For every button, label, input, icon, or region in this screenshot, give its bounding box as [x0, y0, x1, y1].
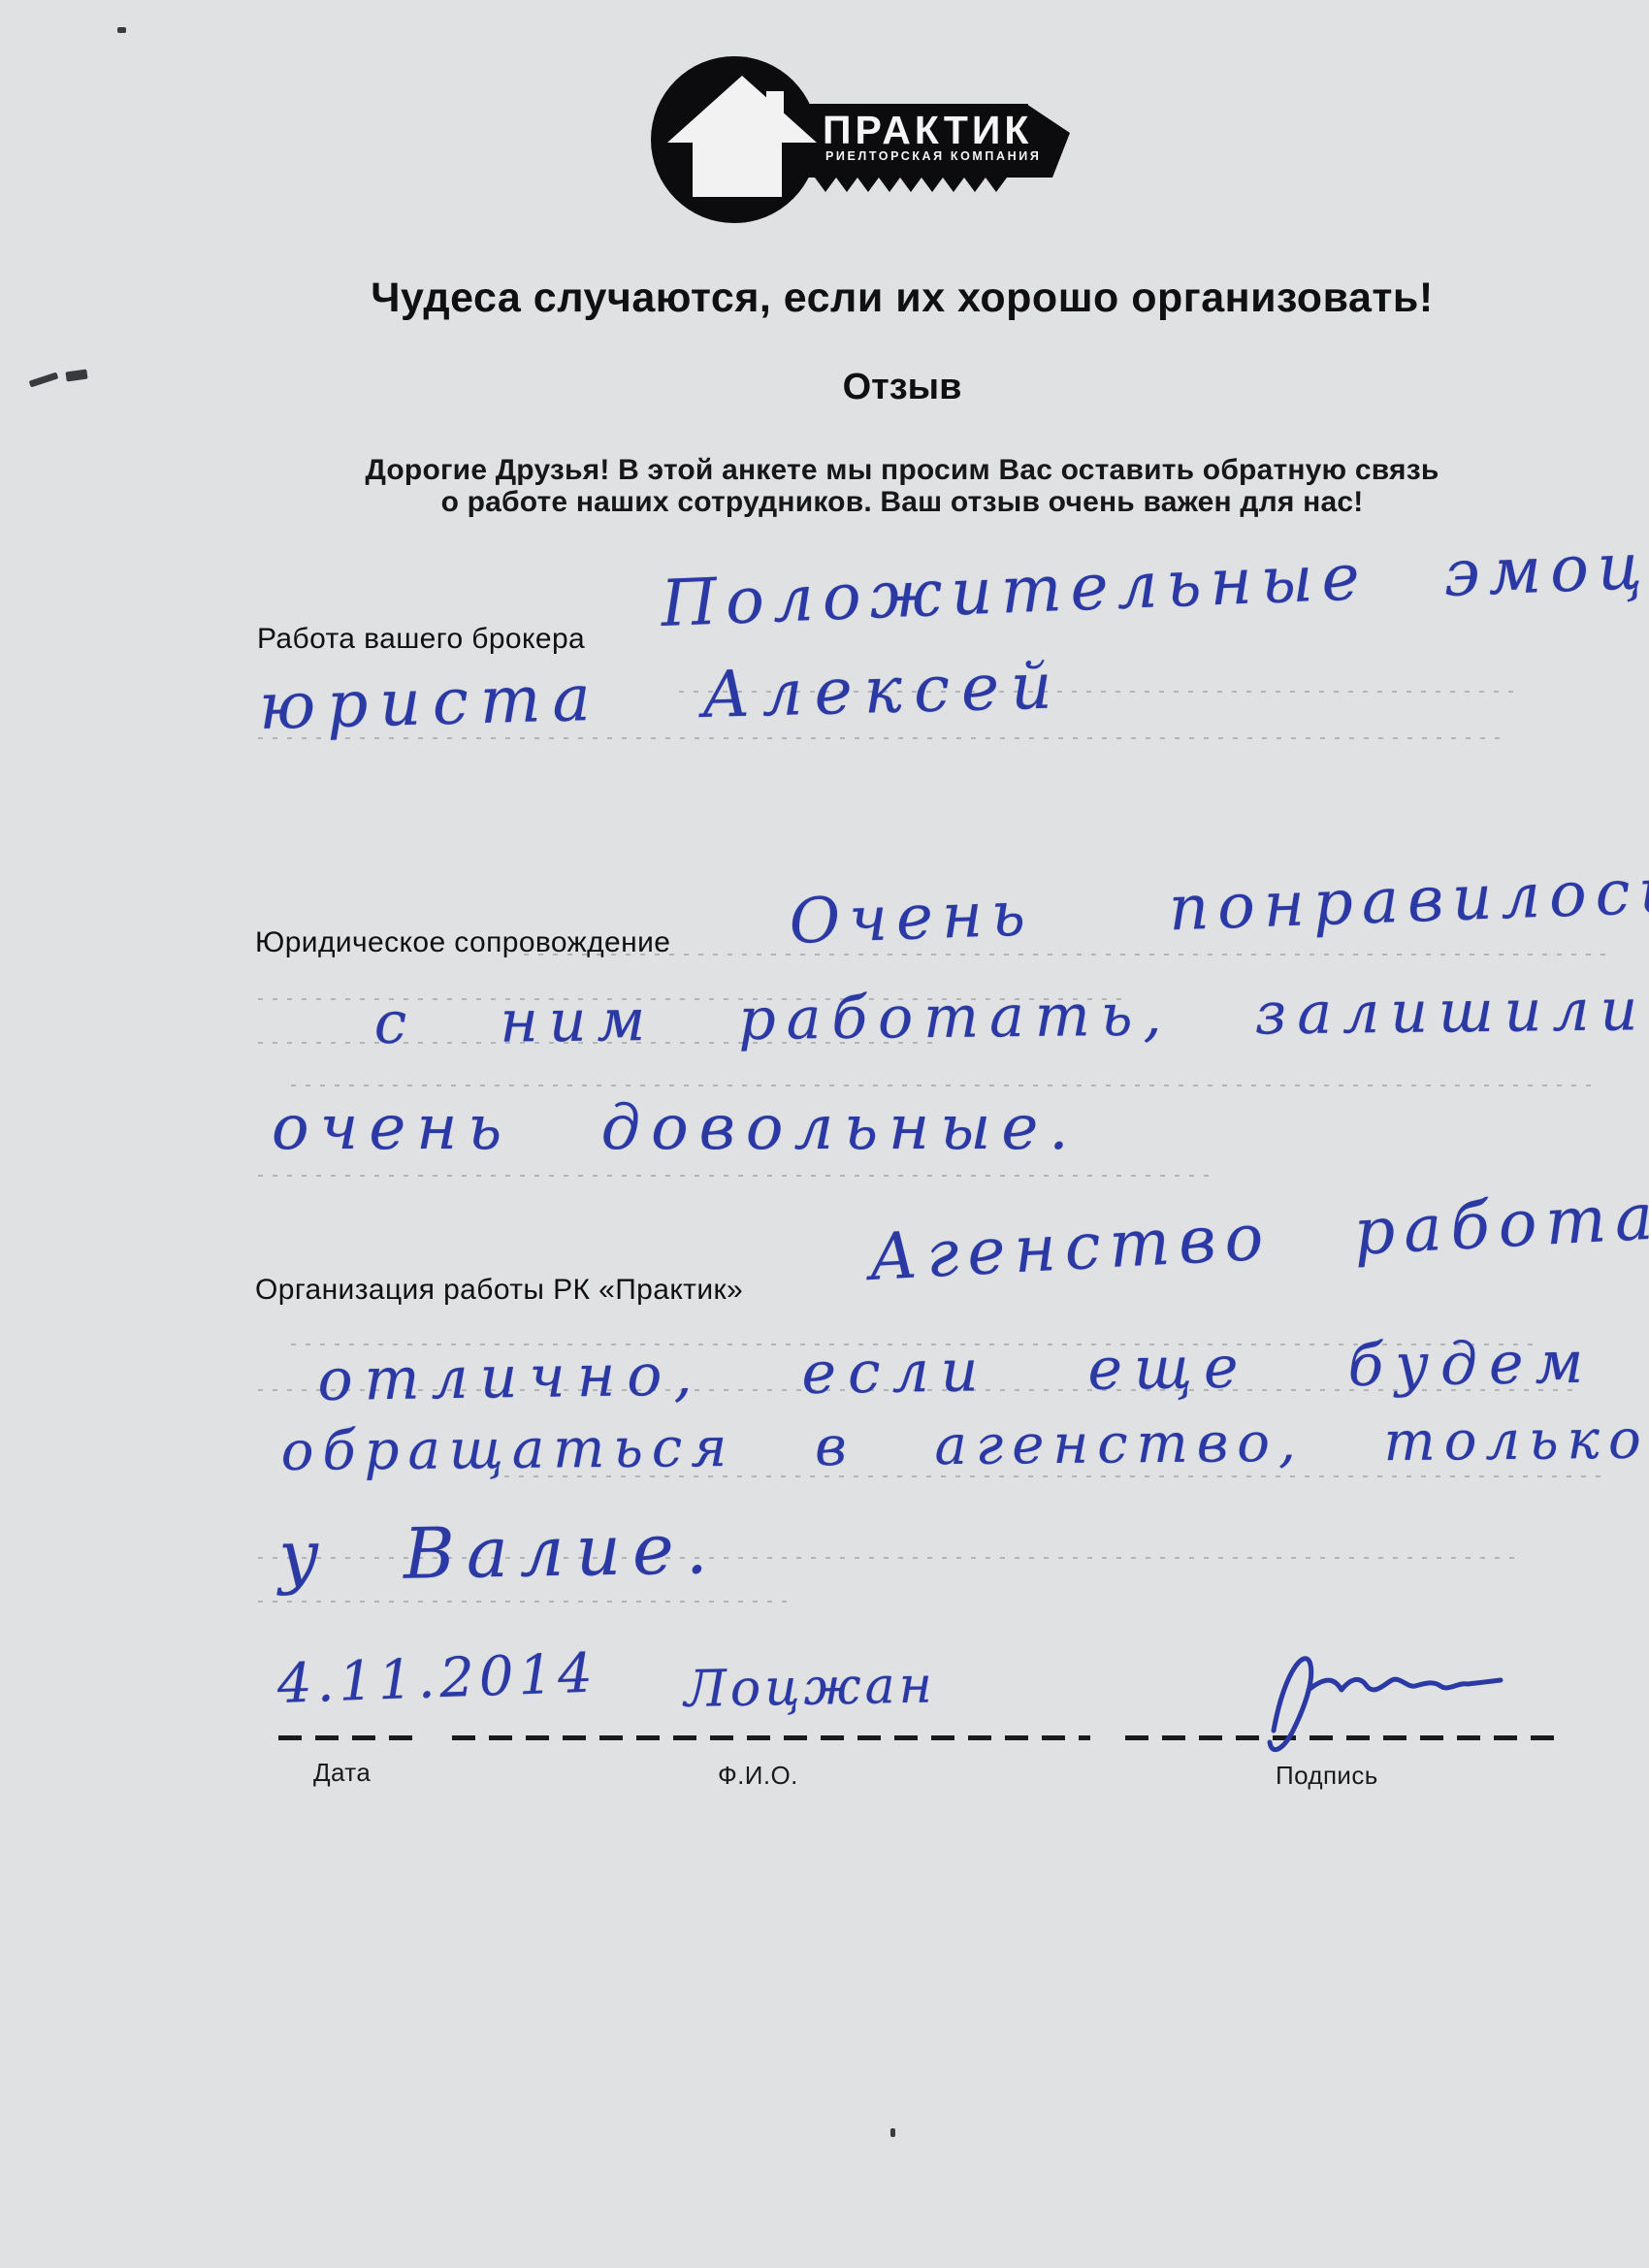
scanned-feedback-form: ПРАКТИК РИЕЛТОРСКАЯ КОМПАНИЯ Чудеса случ… [0, 0, 1649, 2268]
name-signature-line [452, 1735, 1090, 1740]
handwritten-date: 4.11.2014 [276, 1642, 598, 1716]
slogan-headline: Чудеса случаются, если их хорошо организ… [155, 275, 1649, 322]
logo-brand-text: ПРАКТИК [823, 108, 1032, 152]
form-title: Отзыв [155, 367, 1649, 408]
ink-mark [890, 2128, 895, 2137]
handwritten-answer-broker-line-2: юриста Алексей [258, 648, 1064, 744]
company-logo-key-house-icon: ПРАКТИК РИЕЛТОРСКАЯ КОМПАНИЯ [650, 50, 1073, 235]
dotted-guideline [258, 1175, 1218, 1177]
field-label-company-organization: Организация работы РК «Практик» [255, 1274, 743, 1307]
dotted-guideline [524, 954, 1610, 956]
handwritten-answer-legal-line-1: Очень понравилось [788, 856, 1649, 958]
key-teeth-icon [815, 178, 1007, 192]
handwritten-answer-organization-line-3: обращаться в агенство, только [280, 1409, 1649, 1483]
intro-line-2: о работе наших сотрудников. Ваш отзыв оч… [155, 486, 1649, 518]
dotted-guideline [258, 1601, 792, 1603]
ink-mark [117, 27, 126, 33]
handwritten-answer-legal-line-2: с ним работать, залишились [373, 975, 1649, 1057]
intro-paragraph: Дорогие Друзья! В этой анкете мы просим … [155, 454, 1649, 518]
handwritten-answer-organization-line-2: отлично, если еще будем [317, 1329, 1596, 1414]
handwritten-answer-organization-line-4: у Валие. [278, 1507, 721, 1597]
signature-label: Подпись [1276, 1761, 1378, 1791]
handwritten-name: Лоцжан [684, 1656, 936, 1719]
ink-mark [65, 370, 87, 382]
handwritten-answer-broker-line-1: Положительные эмоции [660, 525, 1649, 641]
handwritten-answer-legal-line-3: очень довольные. [272, 1092, 1080, 1164]
ink-mark [29, 373, 59, 388]
date-label: Дата [313, 1758, 371, 1788]
intro-line-1: Дорогие Друзья! В этой анкете мы просим … [155, 454, 1649, 486]
key-tip-icon [1026, 104, 1070, 178]
name-label: Ф.И.О. [718, 1761, 798, 1791]
signature-scrawl [1246, 1637, 1537, 1759]
logo-tagline-text: РИЕЛТОРСКАЯ КОМПАНИЯ [825, 149, 1041, 163]
dotted-guideline [291, 1085, 1591, 1086]
handwritten-answer-organization-line-1: Агенство работает [867, 1173, 1649, 1295]
date-signature-line [278, 1735, 422, 1740]
field-label-broker-work: Работа вашего брокера [257, 623, 585, 656]
